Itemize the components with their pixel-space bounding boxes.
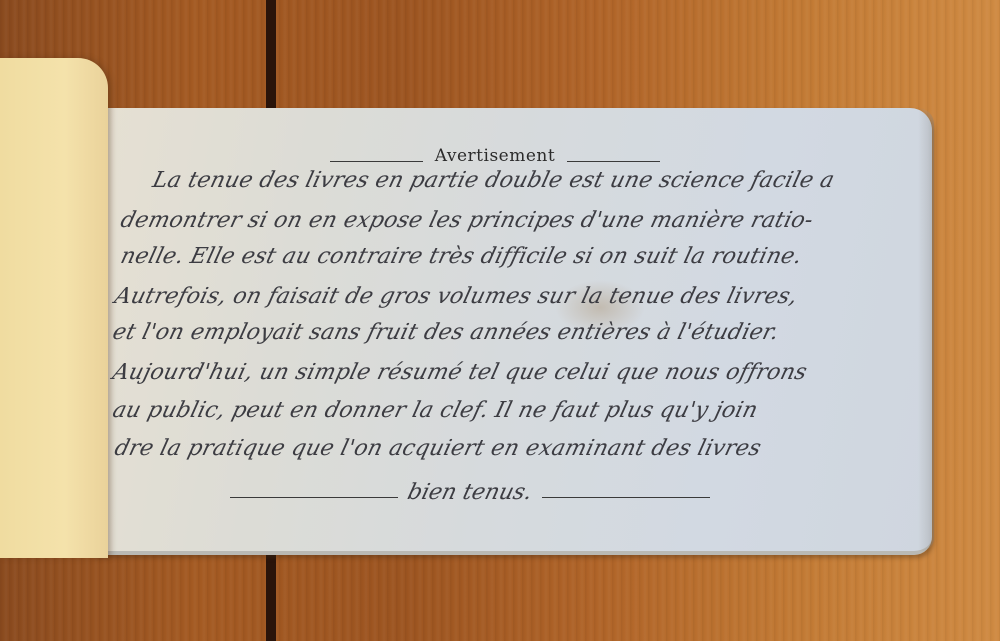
closing-rule-right xyxy=(542,497,710,498)
notebook-cover-flap xyxy=(0,58,108,558)
closing-line: bien tenus. xyxy=(230,480,710,504)
text-line-3: nelle. Elle est au contraire très diffic… xyxy=(118,244,924,269)
page-title: Avertisement xyxy=(435,146,555,166)
closing-rule-left xyxy=(230,497,398,498)
text-line-4: Autrefois, on faisait de gros volumes su… xyxy=(112,284,918,309)
page-heading: Avertisement xyxy=(330,143,660,169)
heading-rule-left xyxy=(330,161,423,162)
text-line-7: au public, peut en donner la clef. Il ne… xyxy=(110,398,916,423)
closing-text: bien tenus. xyxy=(405,480,535,505)
text-line-1: La tenue des livres en partie double est… xyxy=(150,168,956,193)
text-line-2: demontrer si on en expose les principes … xyxy=(118,208,924,233)
text-line-6: Aujourd'hui, un simple résumé tel que ce… xyxy=(110,360,916,385)
heading-rule-right xyxy=(567,161,660,162)
text-line-5: et l'on employait sans fruit des années … xyxy=(110,320,916,345)
text-line-8: dre la pratique que l'on acquiert en exa… xyxy=(112,436,918,461)
